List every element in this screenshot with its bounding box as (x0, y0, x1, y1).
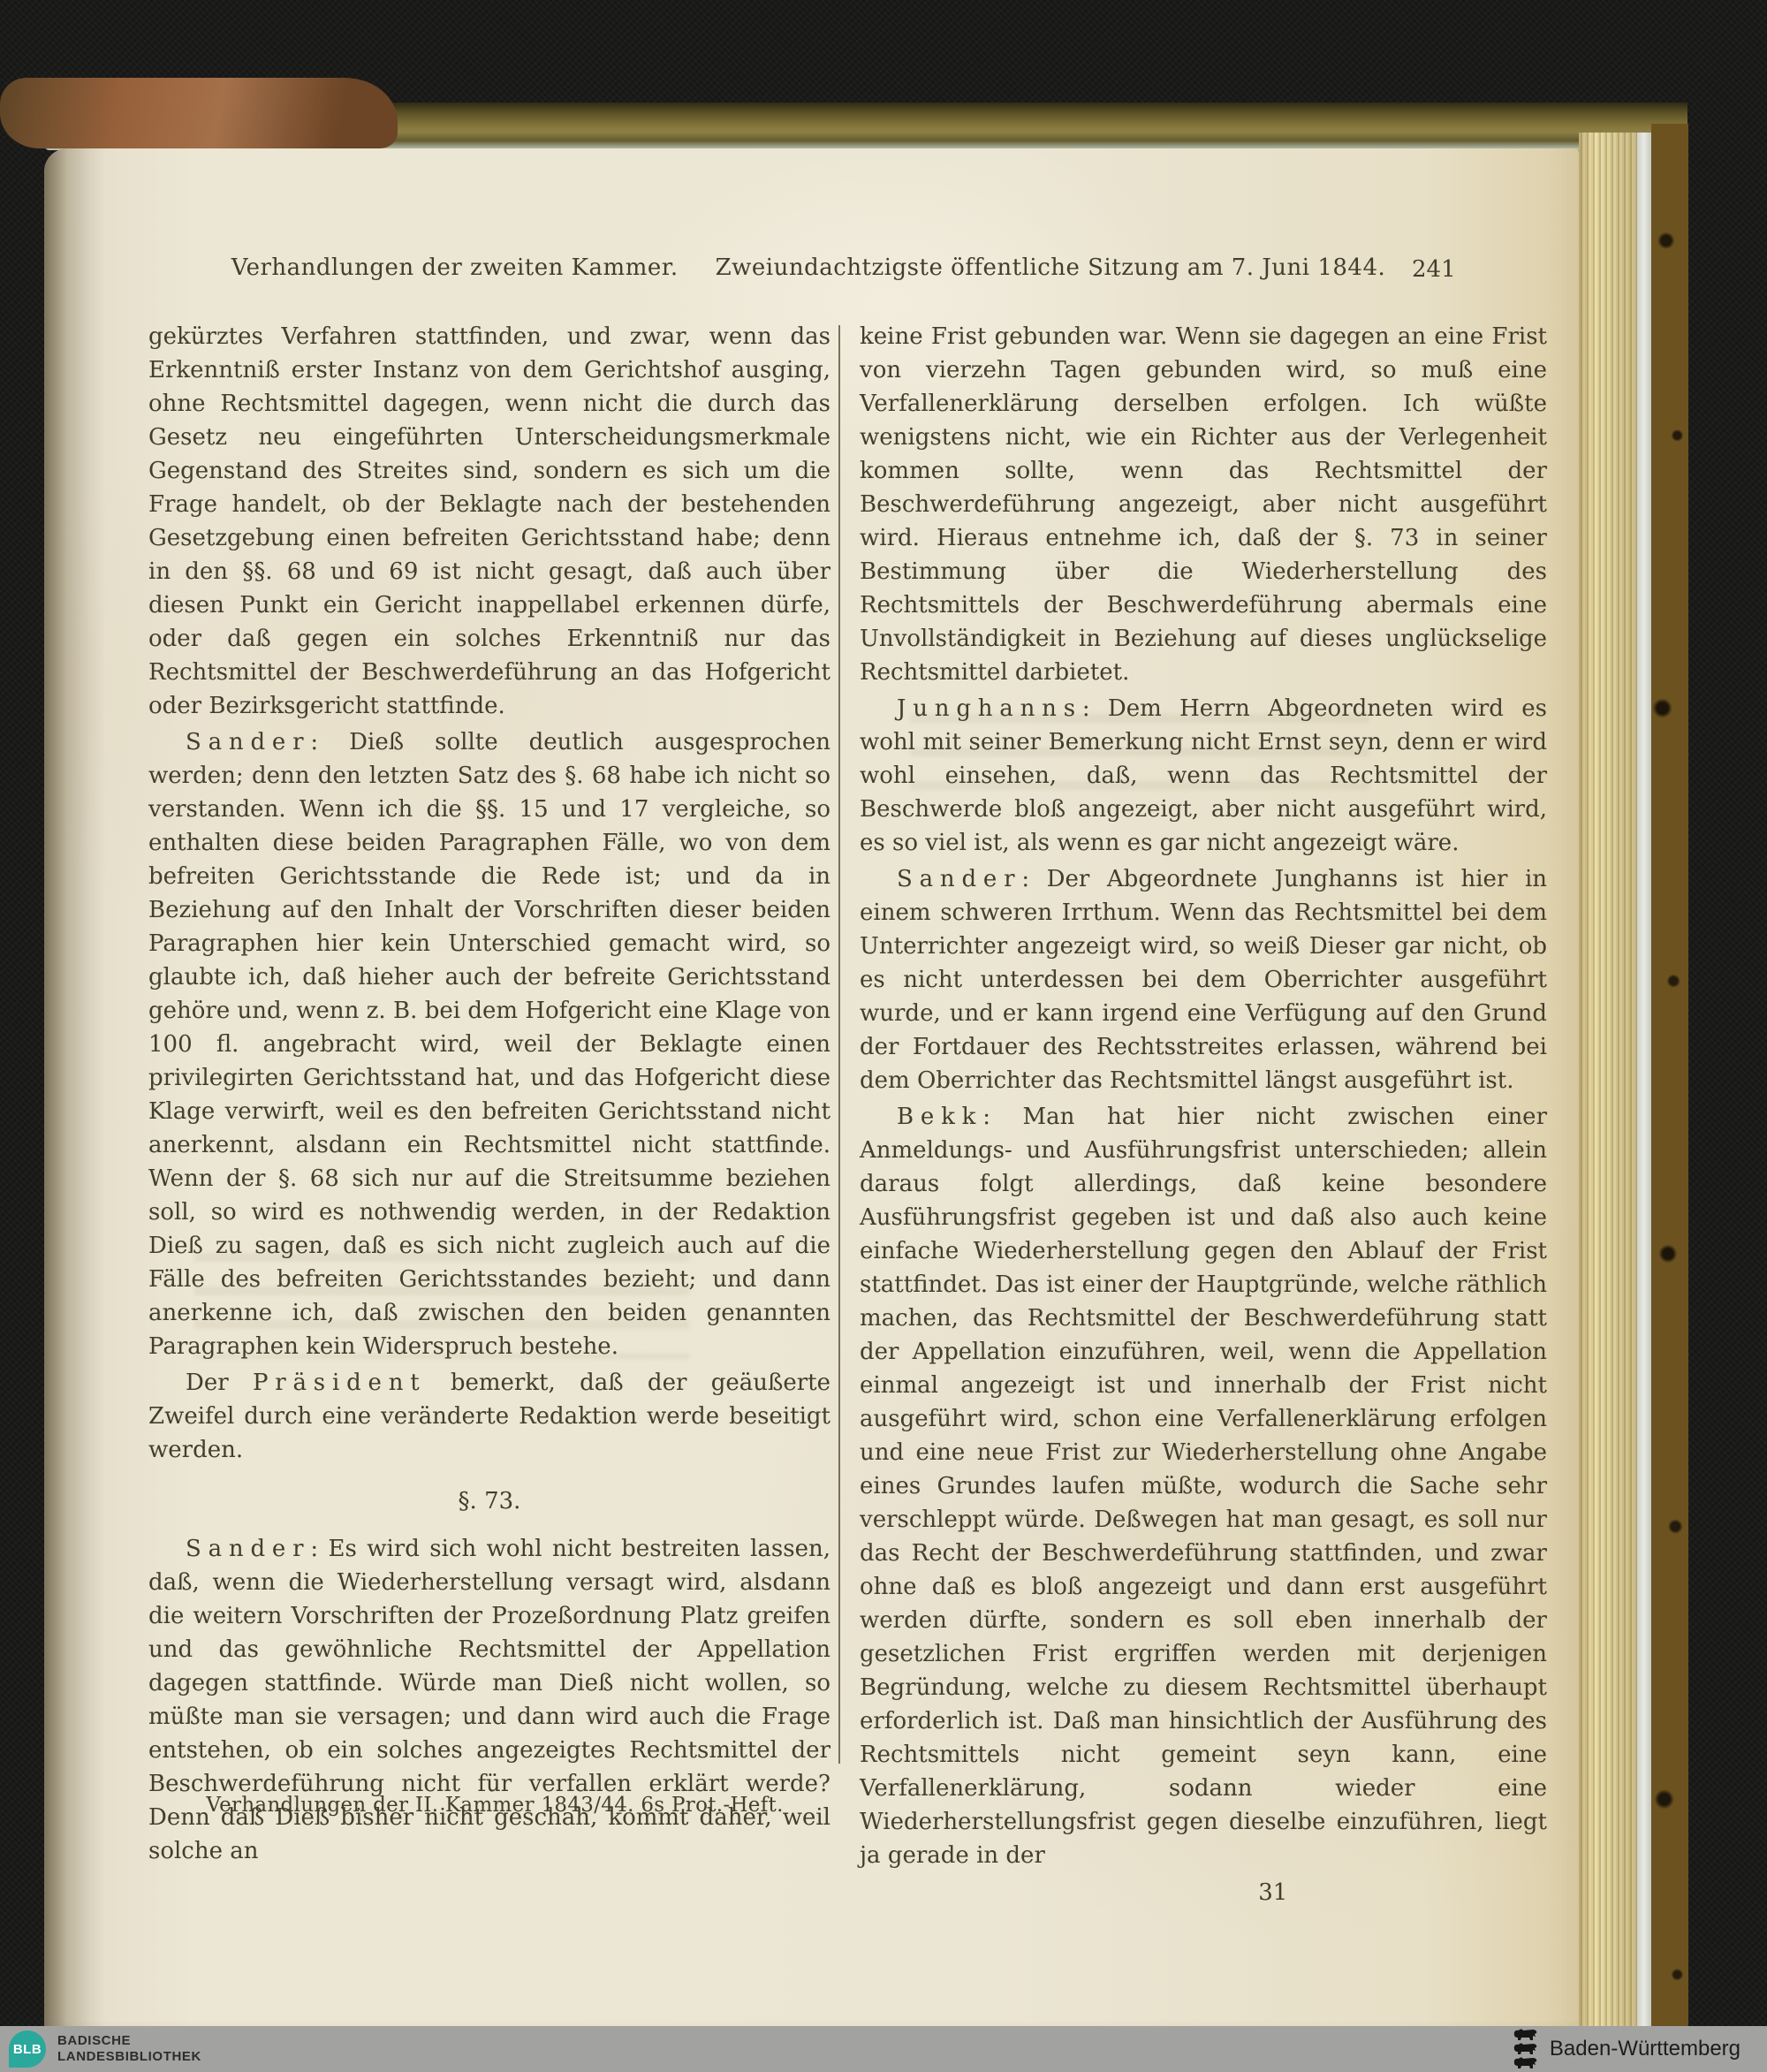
speaker-name: Sander (897, 866, 1021, 892)
baden-wuerttemberg-coat-of-arms-icon (1512, 2028, 1538, 2070)
baden-wuerttemberg-branding: Baden-Württemberg (1512, 2028, 1740, 2070)
book-cover-edge (1651, 124, 1688, 2072)
blb-logo-text: BLB (13, 2042, 42, 2057)
paragraph: gekürztes Verfahren stattfinden, und zwa… (148, 320, 830, 723)
section-heading: §. 73. (148, 1484, 830, 1518)
column-divider-rule (838, 325, 840, 1764)
scanned-page: Verhandlungen der zweiten Kammer.Zweiund… (44, 148, 1579, 2072)
paragraph: Junghanns: Dem Herrn Abgeordneten wird e… (860, 692, 1547, 860)
paragraph: Bekk: Man hat hier nicht zwischen einer … (860, 1100, 1547, 1872)
speaker-name: Präsident (253, 1370, 427, 1396)
speaker-name: Sander (186, 729, 310, 755)
page-number: 241 (1412, 256, 1456, 283)
running-head-right: Zweiundachtzigste öffentliche Sitzung am… (716, 254, 1386, 281)
paragraph: Sander: Dieß sollte deutlich ausgesproch… (148, 725, 830, 1363)
blb-logo-icon: BLB (9, 2030, 46, 2068)
signature-mark: 31 (1258, 1876, 1547, 1909)
paragraph: Sander: Der Abgeordnete Junghanns ist hi… (860, 862, 1547, 1097)
library-name-line2: LANDESBIBLIOTHEK (57, 2049, 201, 2065)
library-name-line1: BADISCHE (57, 2033, 201, 2049)
text-column-left: gekürztes Verfahren stattfinden, und zwa… (148, 320, 830, 1871)
running-head-left: Verhandlungen der zweiten Kammer. (231, 254, 679, 281)
region-label: Baden-Württemberg (1550, 2037, 1740, 2061)
volume-footer-line: Verhandlungen der II. Kammer 1843/44. 6s… (168, 1794, 822, 1817)
paragraph: keine Frist gebunden war. Wenn sie dageg… (860, 320, 1547, 689)
book-spine-leather-corner (0, 78, 398, 148)
library-footer-bar: BLB BADISCHE LANDESBIBLIOTHEK Baden-Würt… (0, 2026, 1767, 2072)
speaker-name: Junghanns (897, 695, 1082, 722)
book-edge-strip (1637, 133, 1651, 2072)
digitized-book-scan: { "header": { "title1": "Verhandlungen d… (0, 0, 1767, 2072)
speaker-name: Sander (186, 1536, 310, 1562)
book-fore-edge-pages (1579, 133, 1637, 2072)
text-column-right: keine Frist gebunden war. Wenn sie dageg… (860, 320, 1547, 1909)
paragraph: Der Präsident bemerkt, daß der geäußerte… (148, 1366, 830, 1467)
library-name: BADISCHE LANDESBIBLIOTHEK (57, 2033, 201, 2065)
speaker-name: Bekk (897, 1104, 982, 1130)
running-head: Verhandlungen der zweiten Kammer.Zweiund… (177, 254, 1440, 281)
paragraph: Sander: Es wird sich wohl nicht bestreit… (148, 1532, 830, 1868)
